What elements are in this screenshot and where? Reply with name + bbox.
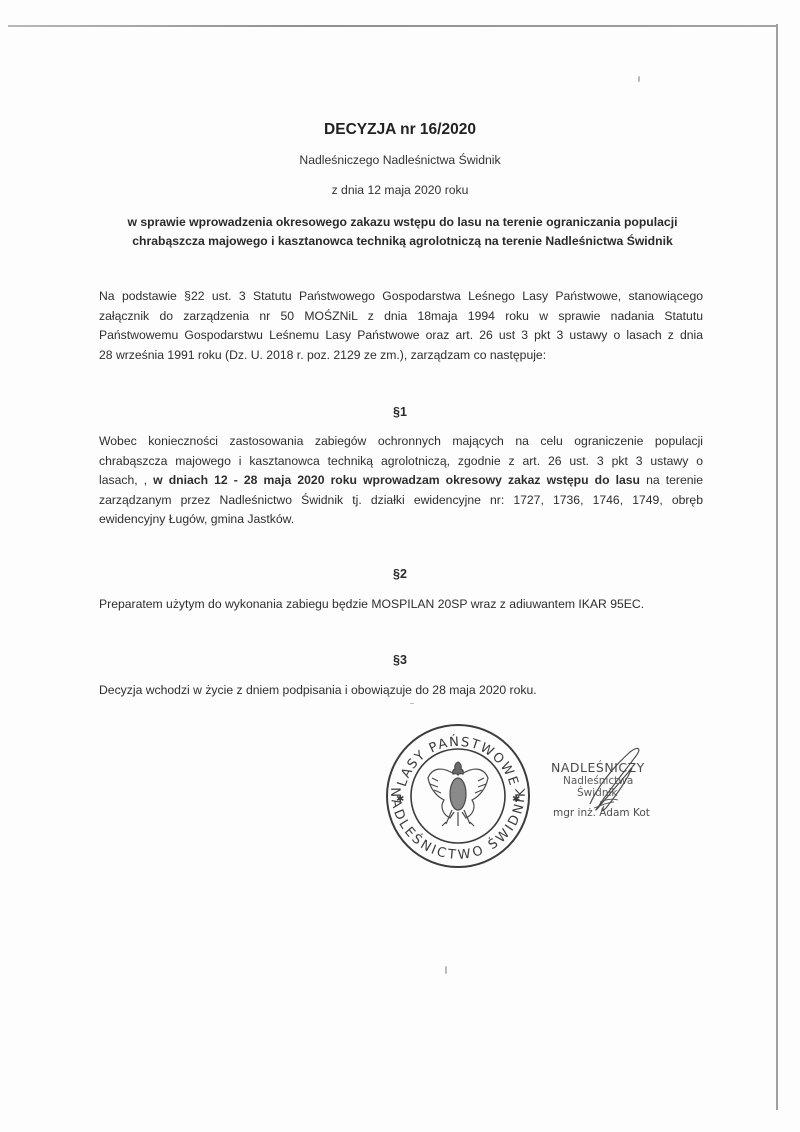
- stamp-star-icon: ✱: [396, 794, 404, 805]
- section-3-heading: §3: [0, 653, 800, 667]
- emphasized-text: w dniach 12 - 28 maja 2020 roku wprowadz…: [153, 473, 640, 487]
- paragraph-line: ewidencyjny Ługów, gmina Jastków.: [99, 510, 703, 530]
- section-3-paragraph: Decyzja wchodzi w życie z dniem podpisan…: [99, 681, 703, 701]
- section-1-paragraph: Wobec konieczności zastosowania zabiegów…: [99, 432, 703, 530]
- eagle-icon: [428, 762, 488, 826]
- section-2-heading: §2: [0, 567, 800, 581]
- section-1-heading: §1: [0, 405, 800, 419]
- paragraph-line: zarządzanym przez Nadleśnictwo Świdnik t…: [99, 491, 703, 511]
- paragraph-line: chrabąszcza majowego i kasztanowca techn…: [99, 452, 703, 472]
- paragraph-line: Wobec konieczności zastosowania zabiegów…: [99, 432, 703, 452]
- decision-subject: w sprawie wprowadzenia okresowego zakazu…: [95, 213, 710, 251]
- subject-line: w sprawie wprowadzenia okresowego zakazu…: [95, 213, 710, 232]
- scan-artifact: [638, 76, 640, 82]
- paragraph-line: załącznik do zarządzenia nr 50 MOŚZNiL z…: [99, 307, 703, 327]
- handwritten-signature: [560, 742, 670, 842]
- scan-artifact: [445, 966, 447, 974]
- official-stamp: LASY PAŃSTWOWE NADLEŚNICTWO ŚWIDNIK ✱ ✱: [384, 722, 532, 870]
- paragraph-line: Państwowemu Gospodarstwu Leśnemu Lasy Pa…: [99, 326, 703, 346]
- paragraph-line: lasach, , w dniach 12 - 28 maja 2020 rok…: [99, 471, 703, 491]
- text-segment: na terenie: [640, 473, 703, 487]
- paragraph-line: Na podstawie §22 ust. 3 Statutu Państwow…: [99, 287, 703, 307]
- section-2-paragraph: Preparatem użytym do wykonania zabiegu b…: [99, 595, 703, 615]
- date-line: z dnia 12 maja 2020 roku: [0, 183, 800, 197]
- document-title: DECYZJA nr 16/2020: [0, 121, 800, 139]
- preamble-paragraph: Na podstawie §22 ust. 3 Statutu Państwow…: [99, 287, 703, 365]
- subject-line: chrabąszcza majowego i kasztanowca techn…: [95, 232, 710, 251]
- paragraph-line: 28 września 1991 roku (Dz. U. 2018 r. po…: [99, 346, 703, 366]
- stamp-star-icon: ✱: [512, 794, 520, 805]
- issuer-line: Nadleśniczego Nadleśnictwa Świdnik: [0, 153, 800, 167]
- text-segment: lasach, ,: [99, 473, 153, 487]
- scan-artifact: [410, 703, 414, 704]
- page-top-border: [8, 25, 778, 27]
